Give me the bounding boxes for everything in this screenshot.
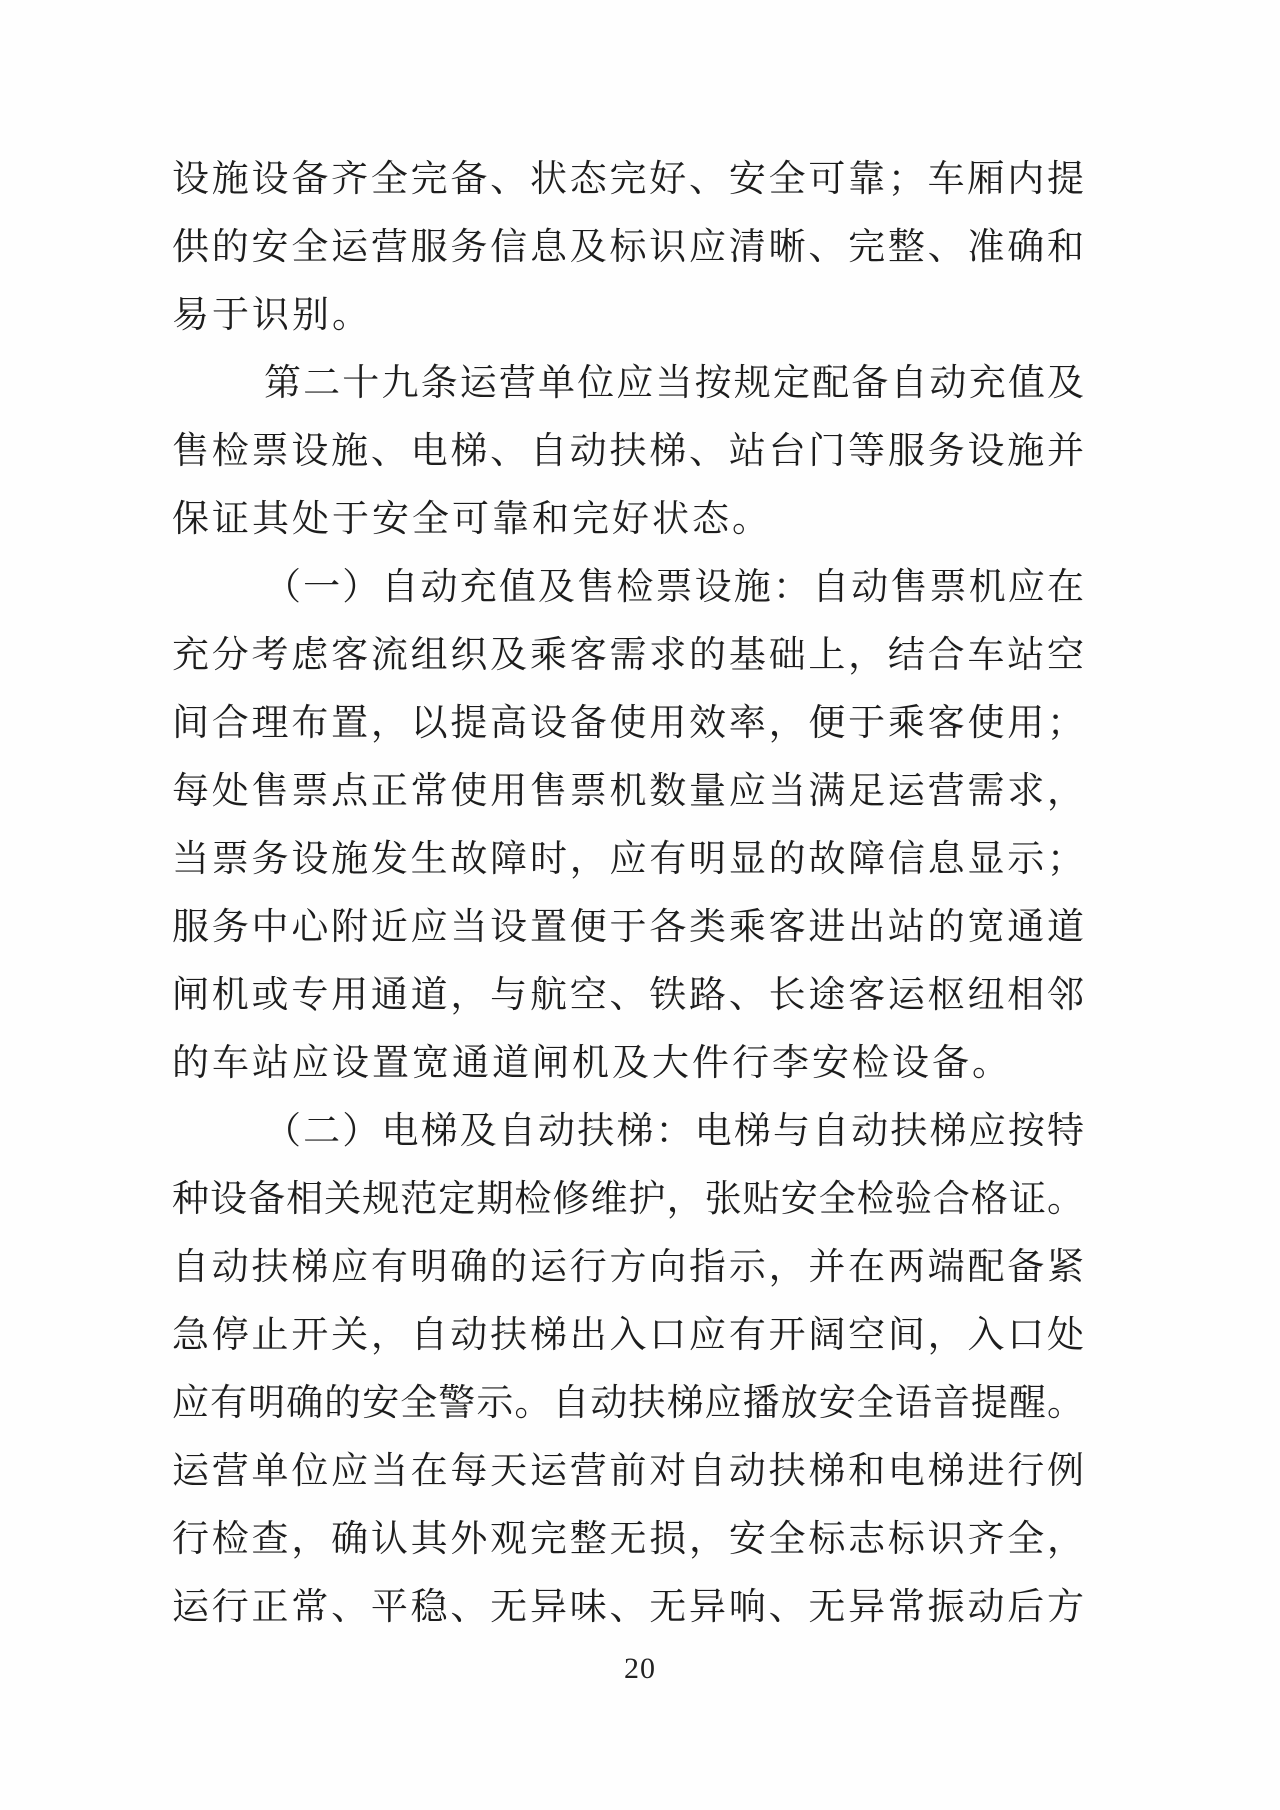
document-body: 设施设备齐全完备、状态完好、安全可靠；车厢内提供的安全运营服务信息及标识应清晰、… [172, 146, 1085, 1642]
text-line: 供的安全运营服务信息及标识应清晰、完整、准确和 [172, 214, 1085, 282]
text-line: （一）自动充值及售检票设施：自动售票机应在 [172, 554, 1085, 622]
text-line: 自动扶梯应有明确的运行方向指示，并在两端配备紧 [172, 1234, 1085, 1302]
text-line: 运行正常、平稳、无异味、无异响、无异常振动后方 [172, 1574, 1085, 1642]
text-line: 运营单位应当在每天运营前对自动扶梯和电梯进行例 [172, 1438, 1085, 1506]
text-line: 售检票设施、电梯、自动扶梯、站台门等服务设施并 [172, 418, 1085, 486]
text-line: 应有明确的安全警示。自动扶梯应播放安全语音提醒。 [172, 1370, 1085, 1438]
page-number: 20 [0, 1652, 1280, 1686]
text-line: 第二十九条运营单位应当按规定配备自动充值及 [172, 350, 1085, 418]
document-page: 设施设备齐全完备、状态完好、安全可靠；车厢内提供的安全运营服务信息及标识应清晰、… [0, 0, 1280, 1810]
text-line: 种设备相关规范定期检修维护，张贴安全检验合格证。 [172, 1166, 1085, 1234]
text-line: 保证其处于安全可靠和完好状态。 [172, 486, 1085, 554]
text-line: 当票务设施发生故障时，应有明显的故障信息显示； [172, 826, 1085, 894]
text-line: 间合理布置，以提高设备使用效率，便于乘客使用； [172, 690, 1085, 758]
text-line: 每处售票点正常使用售票机数量应当满足运营需求， [172, 758, 1085, 826]
text-line: 闸机或专用通道，与航空、铁路、长途客运枢纽相邻 [172, 962, 1085, 1030]
text-line: 易于识别。 [172, 282, 1085, 350]
text-line: 设施设备齐全完备、状态完好、安全可靠；车厢内提 [172, 146, 1085, 214]
text-line: 急停止开关，自动扶梯出入口应有开阔空间，入口处 [172, 1302, 1085, 1370]
text-line: 行检查，确认其外观完整无损，安全标志标识齐全， [172, 1506, 1085, 1574]
text-line: 服务中心附近应当设置便于各类乘客进出站的宽通道 [172, 894, 1085, 962]
text-line: （二）电梯及自动扶梯：电梯与自动扶梯应按特 [172, 1098, 1085, 1166]
text-line: 的车站应设置宽通道闸机及大件行李安检设备。 [172, 1030, 1085, 1098]
text-line: 充分考虑客流组织及乘客需求的基础上，结合车站空 [172, 622, 1085, 690]
